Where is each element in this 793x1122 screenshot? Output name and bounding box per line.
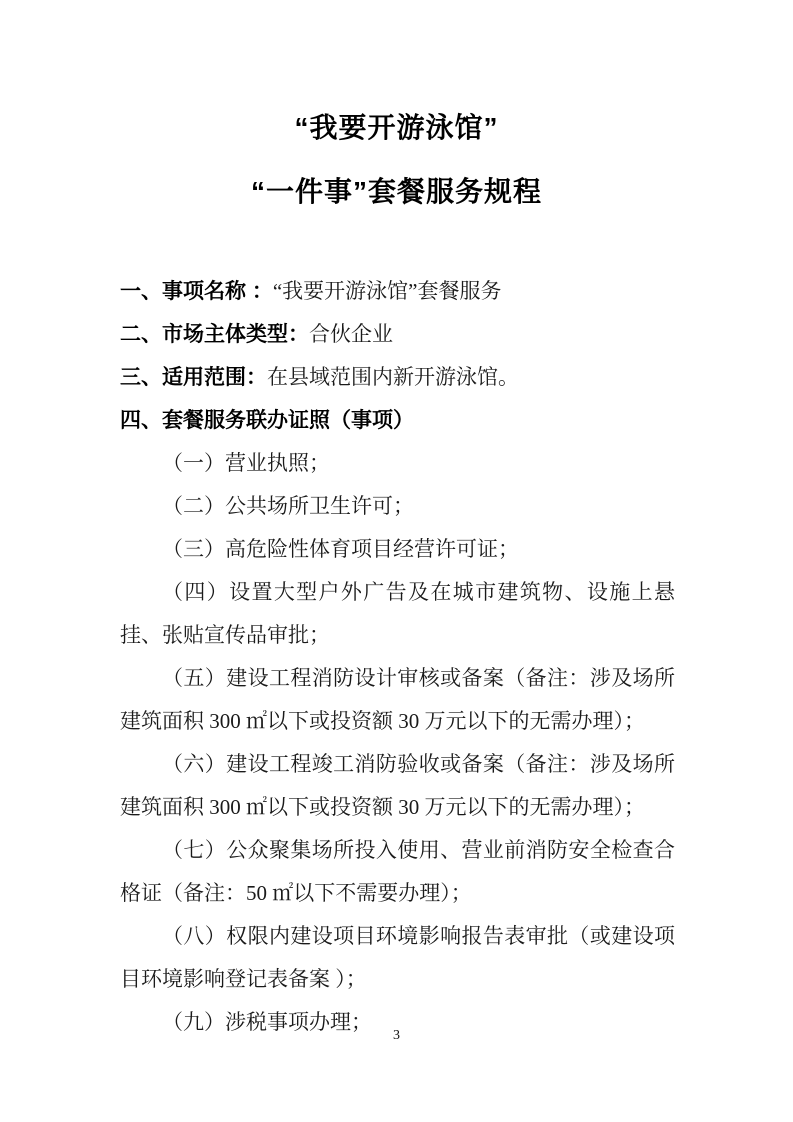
section-heading-entity-type: 二、市场主体类型：合伙企业 xyxy=(120,313,675,356)
section-value: 在县域范围内新开游泳馆。 xyxy=(267,365,519,389)
section-label: 四、套餐服务联办证照（事项） xyxy=(120,409,414,432)
page-number: 3 xyxy=(393,1028,400,1043)
list-item: （四）设置大型户外广告及在城市建筑物、设施上悬挂、张贴宣传品审批； xyxy=(120,571,675,657)
document-page: “我要开游泳馆” “一件事”套餐服务规程 一、事项名称 ：“我要开游泳馆”套餐服… xyxy=(0,0,793,1122)
list-item: （七）公众聚集场所投入使用、营业前消防安全检查合格证（备注：50 ㎡以下不需要办… xyxy=(120,829,675,915)
section-value: “我要开游泳馆”套餐服务 xyxy=(273,279,502,303)
section-label: 三、适用范围： xyxy=(120,366,267,389)
section-heading-scope: 三、适用范围：在县域范围内新开游泳馆。 xyxy=(120,356,675,399)
section-label: 一、事项名称 ： xyxy=(120,280,273,303)
list-item: （二）公共场所卫生许可； xyxy=(120,485,675,528)
page-footer: 3 xyxy=(0,1026,793,1044)
section-heading-licenses: 四、套餐服务联办证照（事项） xyxy=(120,399,675,442)
section-heading-item-name: 一、事项名称 ：“我要开游泳馆”套餐服务 xyxy=(120,270,675,313)
section-label: 二、市场主体类型： xyxy=(120,323,309,346)
list-item: （三）高危险性体育项目经营许可证； xyxy=(120,528,675,571)
document-body: 一、事项名称 ：“我要开游泳馆”套餐服务 二、市场主体类型：合伙企业 三、适用范… xyxy=(120,270,675,1044)
list-item: （一）营业执照； xyxy=(120,442,675,485)
document-title-line-2: “一件事”套餐服务规程 xyxy=(0,160,793,224)
list-item: （六）建设工程竣工消防验收或备案（备注：涉及场所建筑面积 300 ㎡以下或投资额… xyxy=(120,743,675,829)
list-item: （五）建设工程消防设计审核或备案（备注：涉及场所建筑面积 300 ㎡以下或投资额… xyxy=(120,657,675,743)
document-title-line-1: “我要开游泳馆” xyxy=(0,96,793,160)
title-block: “我要开游泳馆” “一件事”套餐服务规程 xyxy=(0,0,793,224)
section-value: 合伙企业 xyxy=(309,322,393,346)
list-item: （八）权限内建设项目环境影响报告表审批（或建设项目环境影响登记表备案 ）； xyxy=(120,915,675,1001)
